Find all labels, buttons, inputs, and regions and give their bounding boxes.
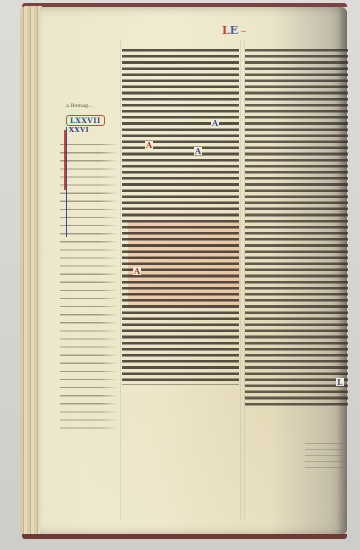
- decorated-initial: A: [194, 147, 202, 155]
- header-letter-blue: E: [230, 24, 238, 37]
- header-flourish: ~: [240, 27, 247, 36]
- text-column-right: [245, 47, 348, 407]
- chapter-sub-number: XXVI: [69, 126, 89, 134]
- ruling-line: [240, 40, 241, 520]
- marginal-gloss-list: [60, 140, 118, 430]
- decorated-initial: A: [133, 267, 141, 275]
- ruling-line: [120, 40, 121, 520]
- decorated-initial: A: [145, 141, 153, 149]
- header-letter-red: L: [222, 24, 230, 37]
- page-edges-stack: [20, 6, 42, 536]
- book-cover-bottom-edge: [22, 534, 347, 539]
- margin-note-top: a Bemag...: [66, 103, 93, 109]
- chapter-number-box: LXXVII: [66, 115, 105, 126]
- margin-note-bottom-right: [305, 440, 343, 470]
- running-header: LE~: [222, 24, 247, 37]
- decorated-initial: A: [211, 119, 219, 127]
- text-column-left: [122, 47, 239, 385]
- decorated-initial: L: [336, 378, 344, 386]
